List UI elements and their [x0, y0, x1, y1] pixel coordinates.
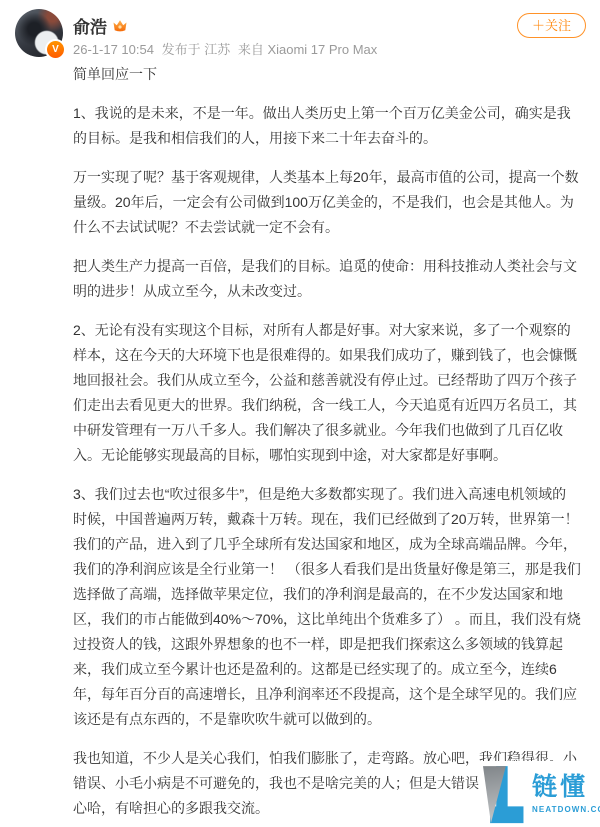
avatar[interactable]: V: [15, 9, 63, 57]
follow-button[interactable]: ＋关注: [517, 13, 586, 38]
watermark-site: NEATDOWN.COM: [532, 805, 600, 814]
post-meta: 26-1-17 10:54 发布于 江苏 来自 Xiaomi 17 Pro Ma…: [73, 39, 381, 58]
post-device[interactable]: 来自 Xiaomi 17 Pro Max: [238, 42, 377, 57]
post-paragraph-5: 3、我们过去也“吹过很多牛”，但是绝大多数都实现了。我们进入高速电机领域的 时候…: [73, 482, 585, 732]
verified-v-icon: V: [45, 39, 66, 60]
watermark-brand: 链懂: [532, 774, 588, 802]
post-content: 简单回应一下 1、我说的是未来，不是一年。做出人类历史上第一个百万亿美金公司，确…: [73, 62, 585, 827]
watermark: 链懂 NEATDOWN.COM: [480, 761, 600, 827]
watermark-logo-icon: [483, 763, 527, 825]
post-title: 简单回应一下: [73, 62, 585, 87]
post-paragraph-1: 1、我说的是未来，不是一年。做出人类历史上第一个百万亿美金公司，确实是我 的目标…: [73, 101, 585, 151]
post-paragraph-2: 万一实现了呢？基于客观规律，人类基本上每20年，最高市值的公司，提高一个数 量级…: [73, 165, 585, 240]
weibo-post-page: V 俞浩 26-1-17 10:54 发布于 江苏 来自 Xiaomi 17 P…: [0, 0, 600, 827]
post-paragraph-4: 2、无论有没有实现这个目标，对所有人都是好事。对大家来说，多了一个观察的 样本，…: [73, 318, 585, 468]
username[interactable]: 俞浩: [73, 13, 107, 38]
post-paragraph-3: 把人类生产力提高一百倍，是我们的目标。追觅的使命：用科技推动人类社会与文 明的进…: [73, 254, 585, 304]
vip-crown-icon: [112, 18, 128, 34]
post-time: 26-1-17 10:54: [73, 42, 154, 57]
post-location: 发布于 江苏: [162, 42, 231, 57]
